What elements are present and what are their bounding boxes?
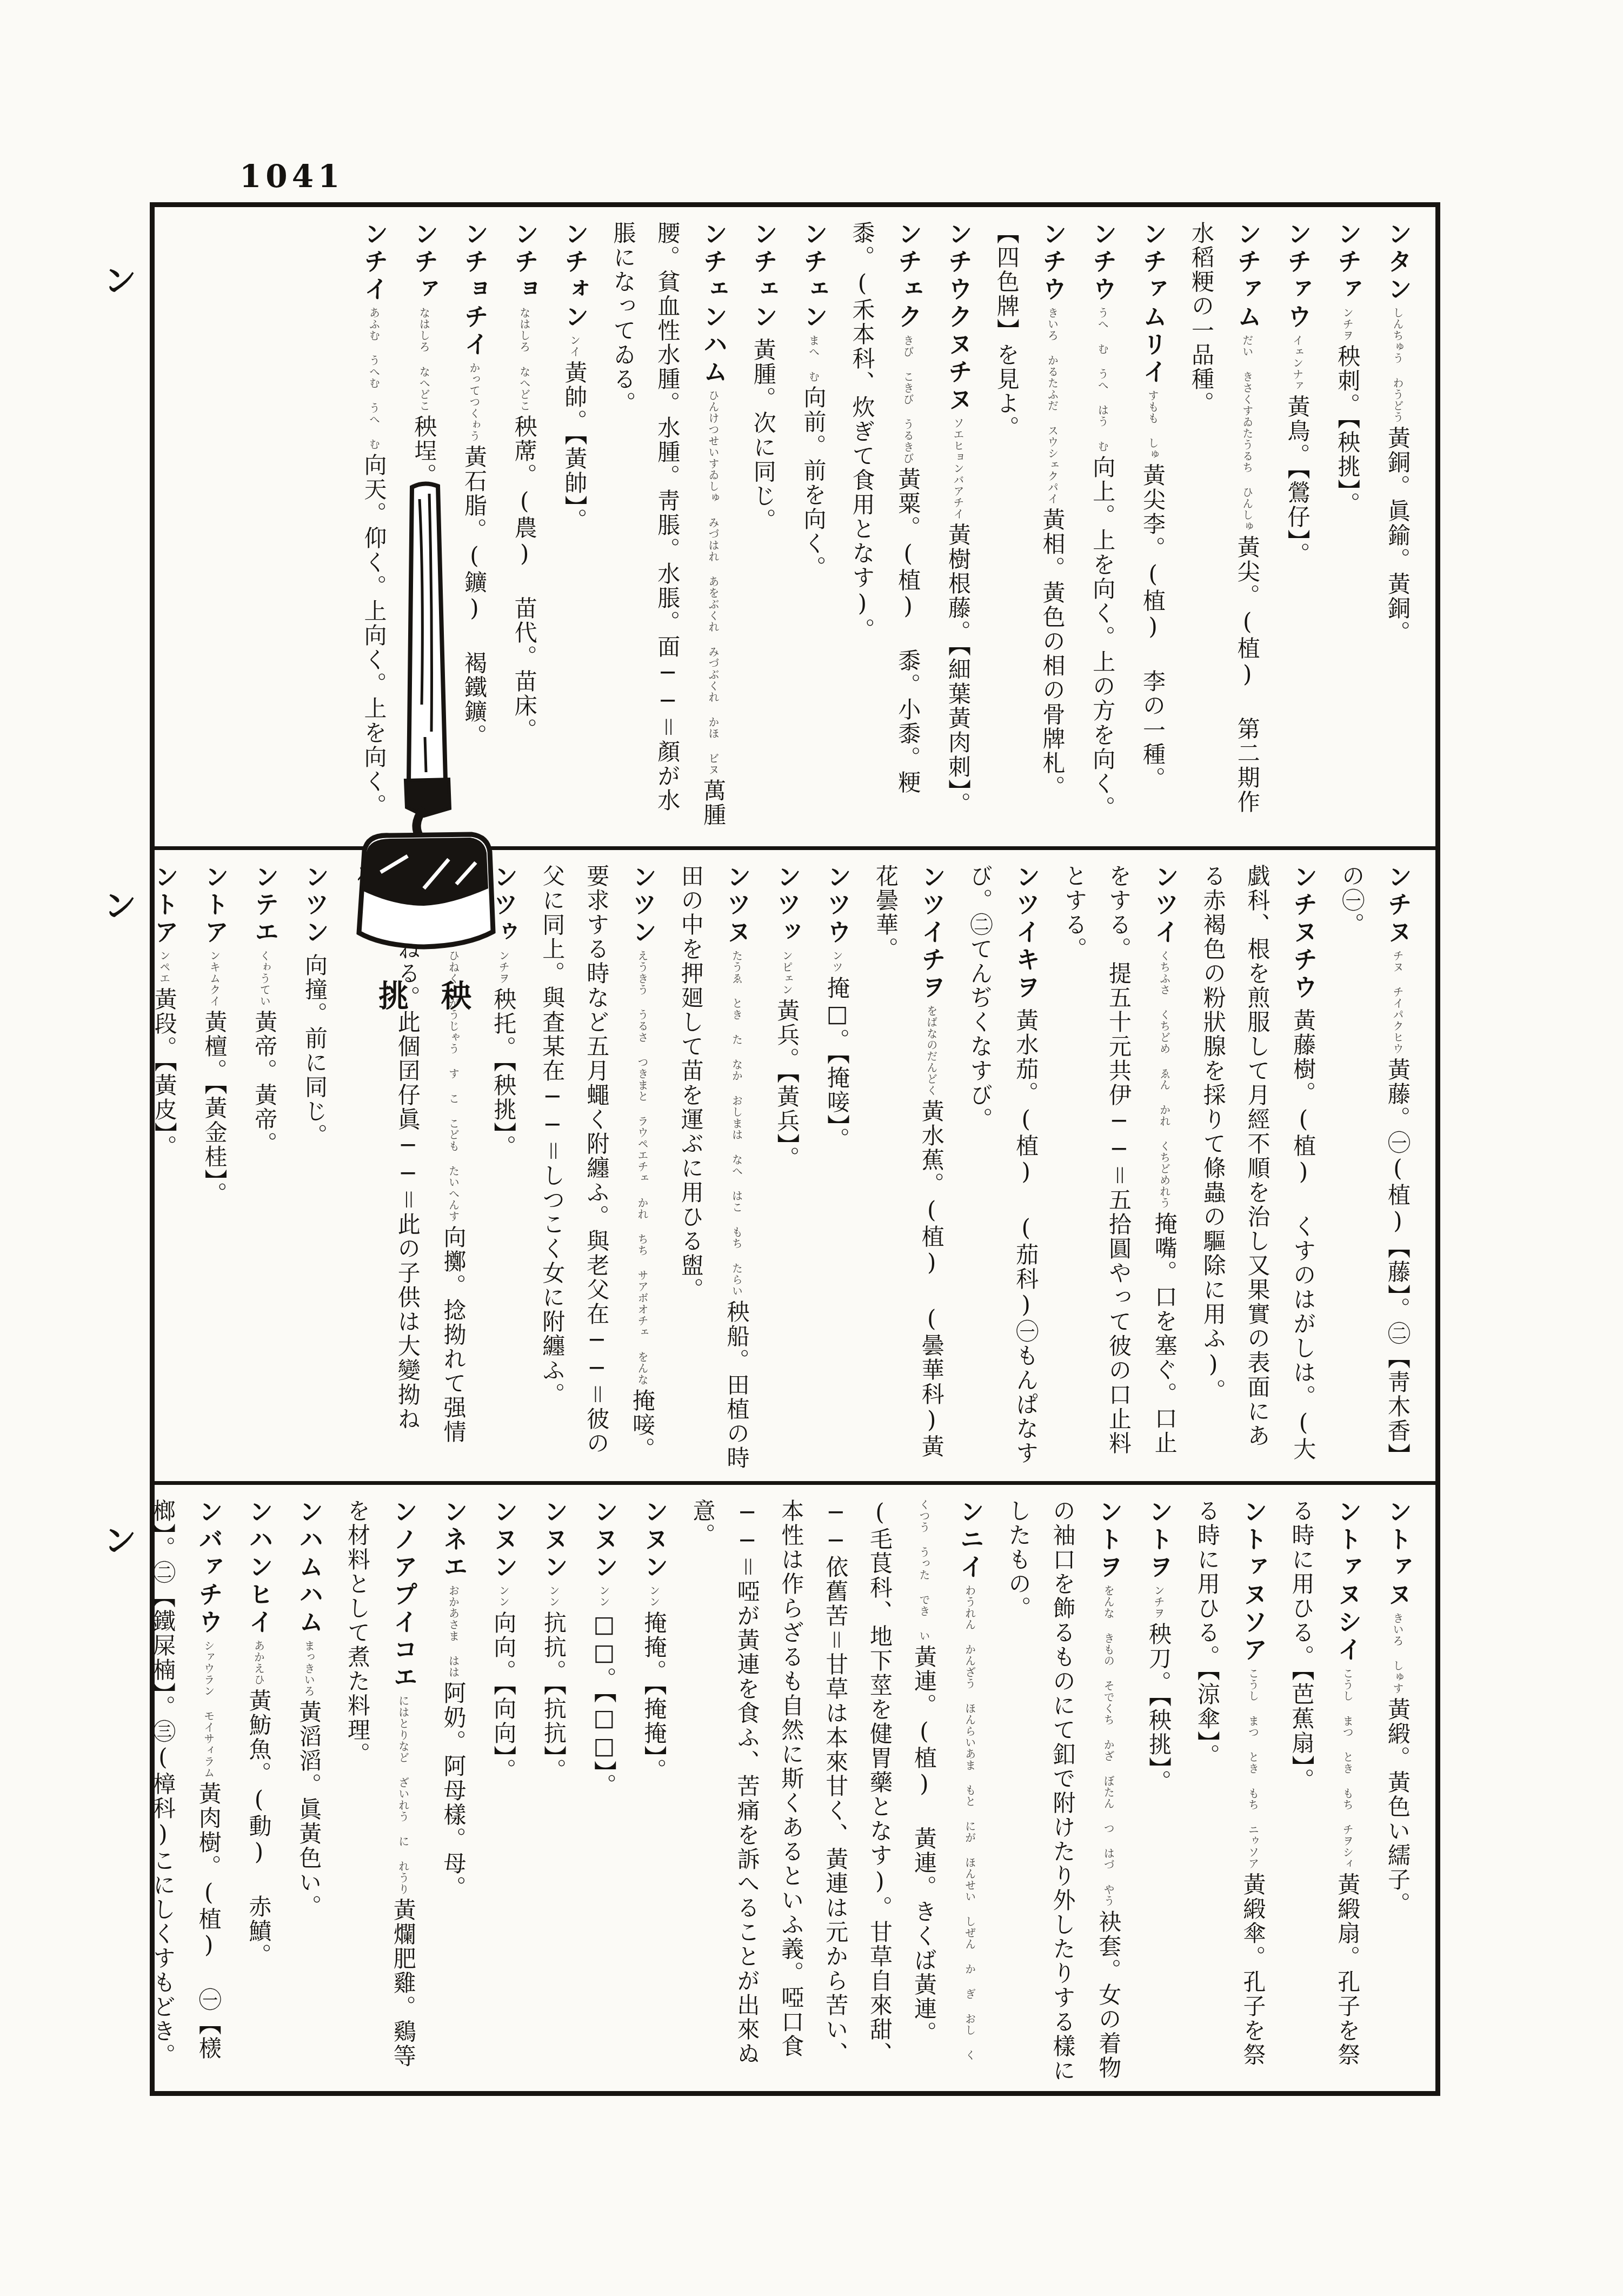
entry-definition: 黃魴魚。(動) 赤鱝。 — [245, 1689, 272, 1968]
entry-furigana: なはしろ なへどこ — [518, 304, 531, 415]
entry-definition: 黃段。【黃皮】。 — [155, 987, 178, 1159]
band-divider-rule — [155, 1481, 1435, 1485]
thumb-index-mark: ン — [104, 1515, 136, 1562]
dictionary-page: 1041 ン ン ン ンタンしんちゅう わうどう黃銅。眞鍮。黃銅。ンチァンチヲ秧… — [0, 0, 1623, 2296]
entry-headword-kana: ンタン — [1383, 221, 1412, 304]
page-number: 1041 — [240, 158, 344, 195]
dictionary-entry: ンツン向撞。前に同じ。 — [291, 864, 338, 1470]
dictionary-entry: ンチヌチヌ チイパクヒウ黃藤。㊀(植)【藤】。㊁【靑木香】の㊀。 — [1329, 864, 1421, 1470]
entry-headword-kana: ンチェン — [749, 221, 778, 331]
dictionary-entry: ンチァンチヲ秧刺。【秧挑】。 — [1324, 221, 1372, 835]
dictionary-entry: ンチァウイェンナァ黃鳥。【鶯仔】。 — [1274, 221, 1321, 835]
entry-definition: 黃檀。【黃金桂】。 — [202, 1010, 228, 1206]
dictionary-entry: ンツイくちふさ くちどめ ゑん かれ くちどめれう掩嘴。口を塞ぐ。口止をする。提… — [1052, 864, 1188, 1470]
entry-definition: 秧刀。【秧挑】。 — [1146, 1622, 1172, 1794]
entry-headword-kana: ンバァチウ — [195, 1499, 223, 1637]
dictionary-entry: ンヌンンン抗抗。【抗抗】。 — [530, 1499, 577, 2085]
entry-furigana — [308, 947, 321, 953]
entry-headword-kana: ンチァ — [410, 221, 438, 304]
thumb-index-mark: ン — [104, 880, 136, 927]
dictionary-entry: ンツッンピェン黃兵。【黃兵】。 — [763, 864, 811, 1470]
entry-headword-kana: ンチェン — [800, 221, 828, 331]
entry-headword-kana: ントヲ — [1145, 1499, 1173, 1582]
entry-definition: 黃緞。黃色い繻子。 — [1385, 1697, 1411, 1916]
entry-definition: 向向。【向向】。 — [490, 1611, 517, 1783]
entry-headword-kana: ンチヌ — [1383, 864, 1412, 947]
dictionary-entry: ンチェクきび こきび うるきび黃粟。(植) 黍。小黍。粳黍。(禾本科、炊ぎて食用… — [840, 221, 932, 835]
dictionary-entry: ンチェンハムひんけつせいすゐしゅ みづはれ あをぶくれ みづぶくれ かほ ビヌ萬… — [601, 221, 737, 835]
entry-furigana: ンン — [547, 1582, 560, 1611]
entry-headword-kana: ンチァ — [1333, 221, 1362, 304]
entry-headword-kana: ンチイ — [360, 221, 389, 304]
entry-headword-kana: ンヌン — [489, 1499, 518, 1582]
entry-furigana: にはとりなど ざいれう に れうり — [397, 1692, 410, 1898]
entry-headword-kana: ンツッ — [773, 864, 801, 947]
entry-definition: 阿奶。阿母樣。母。 — [441, 1681, 467, 1900]
entry-definition: 掩掩。【掩掩】。 — [641, 1611, 668, 1783]
dictionary-entry: ンツイチヲをばなのだんどく黃水蕉。(植) (曇華科)黃花曇華。 — [863, 864, 955, 1470]
entry-furigana: えうきう うるさ つきまと ラウペエチェ かれ ちち サアボオチェ をんな — [636, 947, 649, 1389]
entry-furigana: ンピェン — [780, 947, 793, 999]
entry-furigana: をばなのだんどく — [925, 1002, 938, 1099]
dictionary-entry: ントァヌきいろ しゅす黃緞。黃色い繻子。 — [1374, 1499, 1421, 2085]
entry-headword-kana: ンツイチヲ — [917, 864, 946, 1002]
entry-headword-kana: ンチァムリイ — [1139, 221, 1167, 387]
entry-furigana: ンン — [597, 1582, 610, 1611]
entry-furigana: たうゑ とき た なか おしまは なへ はこ もち たらい — [730, 947, 743, 1300]
dictionary-entry: ンツウンツ掩□。【掩唼】。 — [813, 864, 861, 1470]
entry-furigana: ンペエ — [158, 947, 171, 987]
entry-definition: 抗抗。【抗抗】。 — [541, 1611, 567, 1783]
dictionary-entry: ンヌンンン□□。【□□】。 — [580, 1499, 628, 2085]
dictionary-entry: ンチョなはしろ なへどこ秧蓆。(農) 苗代。苗床。 — [501, 221, 548, 835]
entry-headword-kana: ンツイ — [1150, 864, 1179, 947]
entry-headword-kana: ンチェク — [894, 221, 922, 331]
dictionary-entry: ンチウきいろ かるたふだ スウシェクパイ黃相。黃色の相の骨牌札。【四色牌】を見よ… — [985, 221, 1076, 835]
entry-definition: 向前。前を向く。 — [801, 386, 827, 580]
entry-furigana: だい きさくすゐたうるち ひんしゅ — [1241, 331, 1254, 535]
entry-headword-kana: ントァヌ — [1383, 1499, 1412, 1609]
entry-furigana: かってつくゎう — [468, 359, 481, 445]
entry-furigana: なはしろ なへどこ — [417, 304, 430, 415]
thumb-index-mark: ン — [104, 255, 136, 302]
entry-headword-kana: ンネエ — [440, 1499, 468, 1582]
entry-furigana: ンイ — [568, 331, 581, 361]
entry-headword-kana: ンテエ — [250, 864, 279, 947]
entry-furigana: うへ む うへ はう む — [1096, 304, 1109, 455]
dictionary-entry: ントァヌシイこうし まつ とき もち チヲシィ黃緞扇。孔子を祭る時に用ひる。【芭… — [1280, 1499, 1372, 2085]
entry-furigana — [1019, 1002, 1032, 1008]
entry-furigana: ンン — [497, 1582, 510, 1611]
entry-headword-kana: ンニイ — [956, 1499, 985, 1582]
dictionary-entry: ンツンえうきう うるさ つきまと ラウペエチェ かれ ちち サアボオチェ をんな… — [530, 864, 666, 1470]
dictionary-entry: ントアンキムクイ黃檀。【黃金桂】。 — [191, 864, 238, 1470]
entry-headword-kana: ンツイキヲ — [1012, 864, 1040, 1002]
dictionary-entry: ントァヌソアこうし まつ とき もち ニゥソア黃緞傘。孔子を祭る時に用ひる。【涼… — [1185, 1499, 1277, 2085]
dictionary-entry: ンチェン黃腫。次に同じ。 — [740, 221, 787, 835]
entry-furigana: きいろ しゅす — [1391, 1609, 1404, 1697]
entry-furigana: こうし まつ とき もち チヲシィ — [1341, 1664, 1354, 1873]
hoe-illustration-caption: 挑秧 — [333, 972, 517, 1016]
hoe-illustration — [343, 477, 505, 964]
entry-headword-kana: ンヌン — [640, 1499, 669, 1582]
entry-headword-kana: ンハムハム — [295, 1499, 323, 1637]
dictionary-entry: ントアンペエ黃段。【黃皮】。 — [155, 864, 188, 1470]
entry-furigana — [1296, 1002, 1309, 1008]
entry-definition: 黃連。(植) 黃連。きくば黃連。(毛茛科、地下莖を健胃藥となす)。甘草自來甜、─… — [689, 1499, 937, 2066]
entry-furigana: まへ む — [807, 331, 820, 386]
entry-headword-kana: ンチァウ — [1283, 221, 1312, 331]
entry-headword-kana: ントヲ — [1094, 1499, 1123, 1582]
entry-headword-kana: ンチヌチウ — [1289, 864, 1318, 1002]
entry-furigana: まっきいろ — [302, 1637, 315, 1700]
entry-definition: 秧刺。【秧挑】。 — [1334, 344, 1361, 516]
entry-headword-kana: ンチウ — [1039, 221, 1067, 304]
dictionary-entry: ンバァチウシァウラン モイサィラム黃肉樹。(植) ㊀【檨榔】。㊁【鐵屎楠】。㊂(… — [155, 1499, 232, 2085]
entry-definition: 黃腫。次に同じ。 — [750, 338, 777, 533]
entry-furigana: きいろ かるたふだ スウシェクパイ — [1046, 304, 1059, 508]
entry-furigana: くちふさ くちどめ ゑん かれ くちどめれう — [1158, 947, 1171, 1212]
entry-furigana: きび こきび うるきび — [901, 331, 914, 467]
entry-definition: □□。【□□】。 — [591, 1611, 617, 1798]
entry-headword-kana: ントア — [155, 864, 179, 947]
entry-headword-kana: ントァヌシイ — [1333, 1499, 1362, 1664]
entry-headword-kana: ンチォン — [561, 221, 589, 331]
entry-furigana: あかえひ — [252, 1637, 265, 1689]
entry-headword-kana: ンチョチイ — [460, 221, 489, 359]
page-border-frame: ンタンしんちゅう わうどう黃銅。眞鍮。黃銅。ンチァンチヲ秧刺。【秧挑】。ンチァウ… — [150, 202, 1440, 2096]
entry-furigana: くゎうてい — [258, 947, 271, 1010]
entry-furigana: ンチヲ — [1341, 304, 1354, 344]
entry-definition: 黃鳥。【鶯仔】。 — [1285, 395, 1311, 567]
entry-headword-kana: ンノアプイコエ — [389, 1499, 418, 1692]
dictionary-entry: ンチォンンイ黃帥。【黃帥】。 — [551, 221, 598, 835]
entry-furigana — [757, 331, 770, 338]
entry-headword-kana: ンヌン — [590, 1499, 618, 1582]
dictionary-entry: ントヲをんな きもの そでくち かざ ぼたん つ はづ やう袂套。女の着物の袖口… — [996, 1499, 1133, 2085]
entry-headword-kana: ンチウ — [1088, 221, 1117, 304]
entry-furigana: シァウラン モイサィラム — [202, 1637, 215, 1782]
entry-definition: 掩□。【掩唼】。 — [824, 976, 850, 1152]
dictionary-entry: ンツイキヲ黃水茄。(植) (茄科)㊀もんぱなすび。㊁てんぢくなすび。 — [958, 864, 1050, 1470]
dictionary-entry: ントヲンチヲ秧刀。【秧挑】。 — [1135, 1499, 1182, 2085]
entry-furigana: ひんけつせいすゐしゅ みづはれ あをぶくれ みづぶくれ かほ ビヌ — [707, 387, 720, 779]
dictionary-entry: ンヌンンン掩掩。【掩掩】。 — [630, 1499, 678, 2085]
entry-headword-kana: ンツヌ — [723, 864, 751, 947]
dictionary-entry: ンテエくゎうてい黃帝。黃帝。 — [241, 864, 289, 1470]
entry-headword-kana: ンチァム — [1233, 221, 1262, 331]
dictionary-entry: ンチェンまへ む向前。前を向く。 — [790, 221, 837, 835]
entry-furigana: ンン — [648, 1582, 661, 1611]
entry-furigana: チヌ チイパクヒウ — [1391, 947, 1404, 1058]
entry-furigana: こうし まつ とき もち ニゥソア — [1247, 1664, 1260, 1873]
entry-furigana: ンチヲ — [1152, 1582, 1165, 1622]
entry-headword-kana: ンチョ — [510, 221, 539, 304]
entry-furigana: をんな きもの そでくち かざ ぼたん つ はづ やう — [1102, 1582, 1115, 1910]
entry-definition: 黃銅。眞鍮。黃銅。 — [1385, 426, 1411, 645]
entry-definition: 黃滔滔。眞黃色い。 — [296, 1700, 322, 1919]
entry-definition: 向上。上を向く。上の方を向く。 — [1089, 455, 1116, 820]
entry-furigana: ソエヒョンバアチイ — [952, 414, 965, 523]
entry-headword-kana: ンヌン — [540, 1499, 568, 1582]
entry-headword-kana: ントァヌソア — [1239, 1499, 1268, 1664]
dictionary-entry: ンチァムリイすもも しゅ黃尖李。(植) 李の一種。 — [1129, 221, 1176, 835]
entry-headword-kana: ンツウ — [823, 864, 852, 947]
dictionary-entry: ンチウクヌチヌソエヒョンバアチイ黃樹根藤。【細葉黃肉刺】。 — [934, 221, 982, 835]
entry-furigana: イェンナァ — [1291, 331, 1304, 395]
entry-headword-kana: ンハンヒイ — [244, 1499, 273, 1637]
dictionary-entry: ンハムハムまっきいろ黃滔滔。眞黃色い。 — [285, 1499, 332, 2085]
entry-headword-kana: ンチウクヌチヌ — [944, 221, 973, 414]
entry-furigana: おかあさま はは — [447, 1582, 460, 1681]
dictionary-entry: ンハンヒイあかえひ黃魴魚。(動) 赤鱝。 — [235, 1499, 283, 2085]
dictionary-entry: ンチウうへ む うへ はう む向上。上を向く。上の方を向く。 — [1079, 221, 1127, 835]
entry-definition: 黃尖李。(植) 李の一種。 — [1140, 463, 1166, 791]
dictionary-entry: ンタンしんちゅう わうどう黃銅。眞鍮。黃銅。 — [1374, 221, 1421, 835]
entry-headword-kana: ンチェンハム — [699, 221, 728, 387]
entry-definition: 秧蓆。(農) 苗代。苗床。 — [511, 415, 538, 742]
dictionary-entry: ンチァムだい きさくすゐたうるち ひんしゅ黃尖。(植) 第二期作水稻粳の一品種。 — [1179, 221, 1271, 835]
entry-furigana: すもも しゅ — [1146, 387, 1159, 463]
entry-definition: 黃帥。【黃帥】。 — [562, 361, 588, 533]
entry-headword-kana: ントア — [201, 864, 229, 947]
entry-furigana: しんちゅう わうどう — [1391, 304, 1404, 426]
dictionary-entry: ンヌンンン向向。【向向】。 — [480, 1499, 528, 2085]
entry-furigana: ンキムクイ — [208, 947, 221, 1010]
entry-band-top: ンタンしんちゅう わうどう黃銅。眞鍮。黃銅。ンチァンチヲ秧刺。【秧挑】。ンチァウ… — [349, 207, 1435, 846]
entry-definition: 黃樹根藤。【細葉黃肉刺】。 — [945, 523, 972, 817]
dictionary-entry: ンチヌチウ黃藤樹。(植) くすのはがしは。(大戯科、根を煎服して月經不順を治し又… — [1191, 864, 1327, 1470]
entry-headword-kana: ンツン — [628, 864, 657, 947]
dictionary-entry: ンネエおかあさま はは阿奶。阿母樣。母。 — [430, 1499, 477, 2085]
dictionary-entry: ンニイわうれん かんざう ほんらいあま もと にが ほんせい しぜん か ぎ お… — [681, 1499, 994, 2085]
entry-band-bottom: ントァヌきいろ しゅす黃緞。黃色い繻子。ントァヌシイこうし まつ とき もち チ… — [155, 1485, 1435, 2096]
entry-headword-kana: ンツン — [301, 864, 329, 947]
entry-furigana: ンツ — [830, 947, 843, 976]
entry-definition: 黃兵。【黃兵】。 — [774, 999, 800, 1171]
dictionary-entry: ンノアプイコエにはとりなど ざいれう に れうり黃爛肥雞。鷄等を材料として煮た料… — [335, 1499, 427, 2085]
entry-definition: 黃帝。黃帝。 — [251, 1010, 278, 1156]
entry-furigana: あふむ うへむ うへ む — [368, 304, 381, 453]
entry-definition: 向撞。前に同じ。 — [302, 953, 328, 1148]
dictionary-entry: ンツヌたうゑ とき た なか おしまは なへ はこ もち たらい秧船。田植の時田… — [669, 864, 761, 1470]
